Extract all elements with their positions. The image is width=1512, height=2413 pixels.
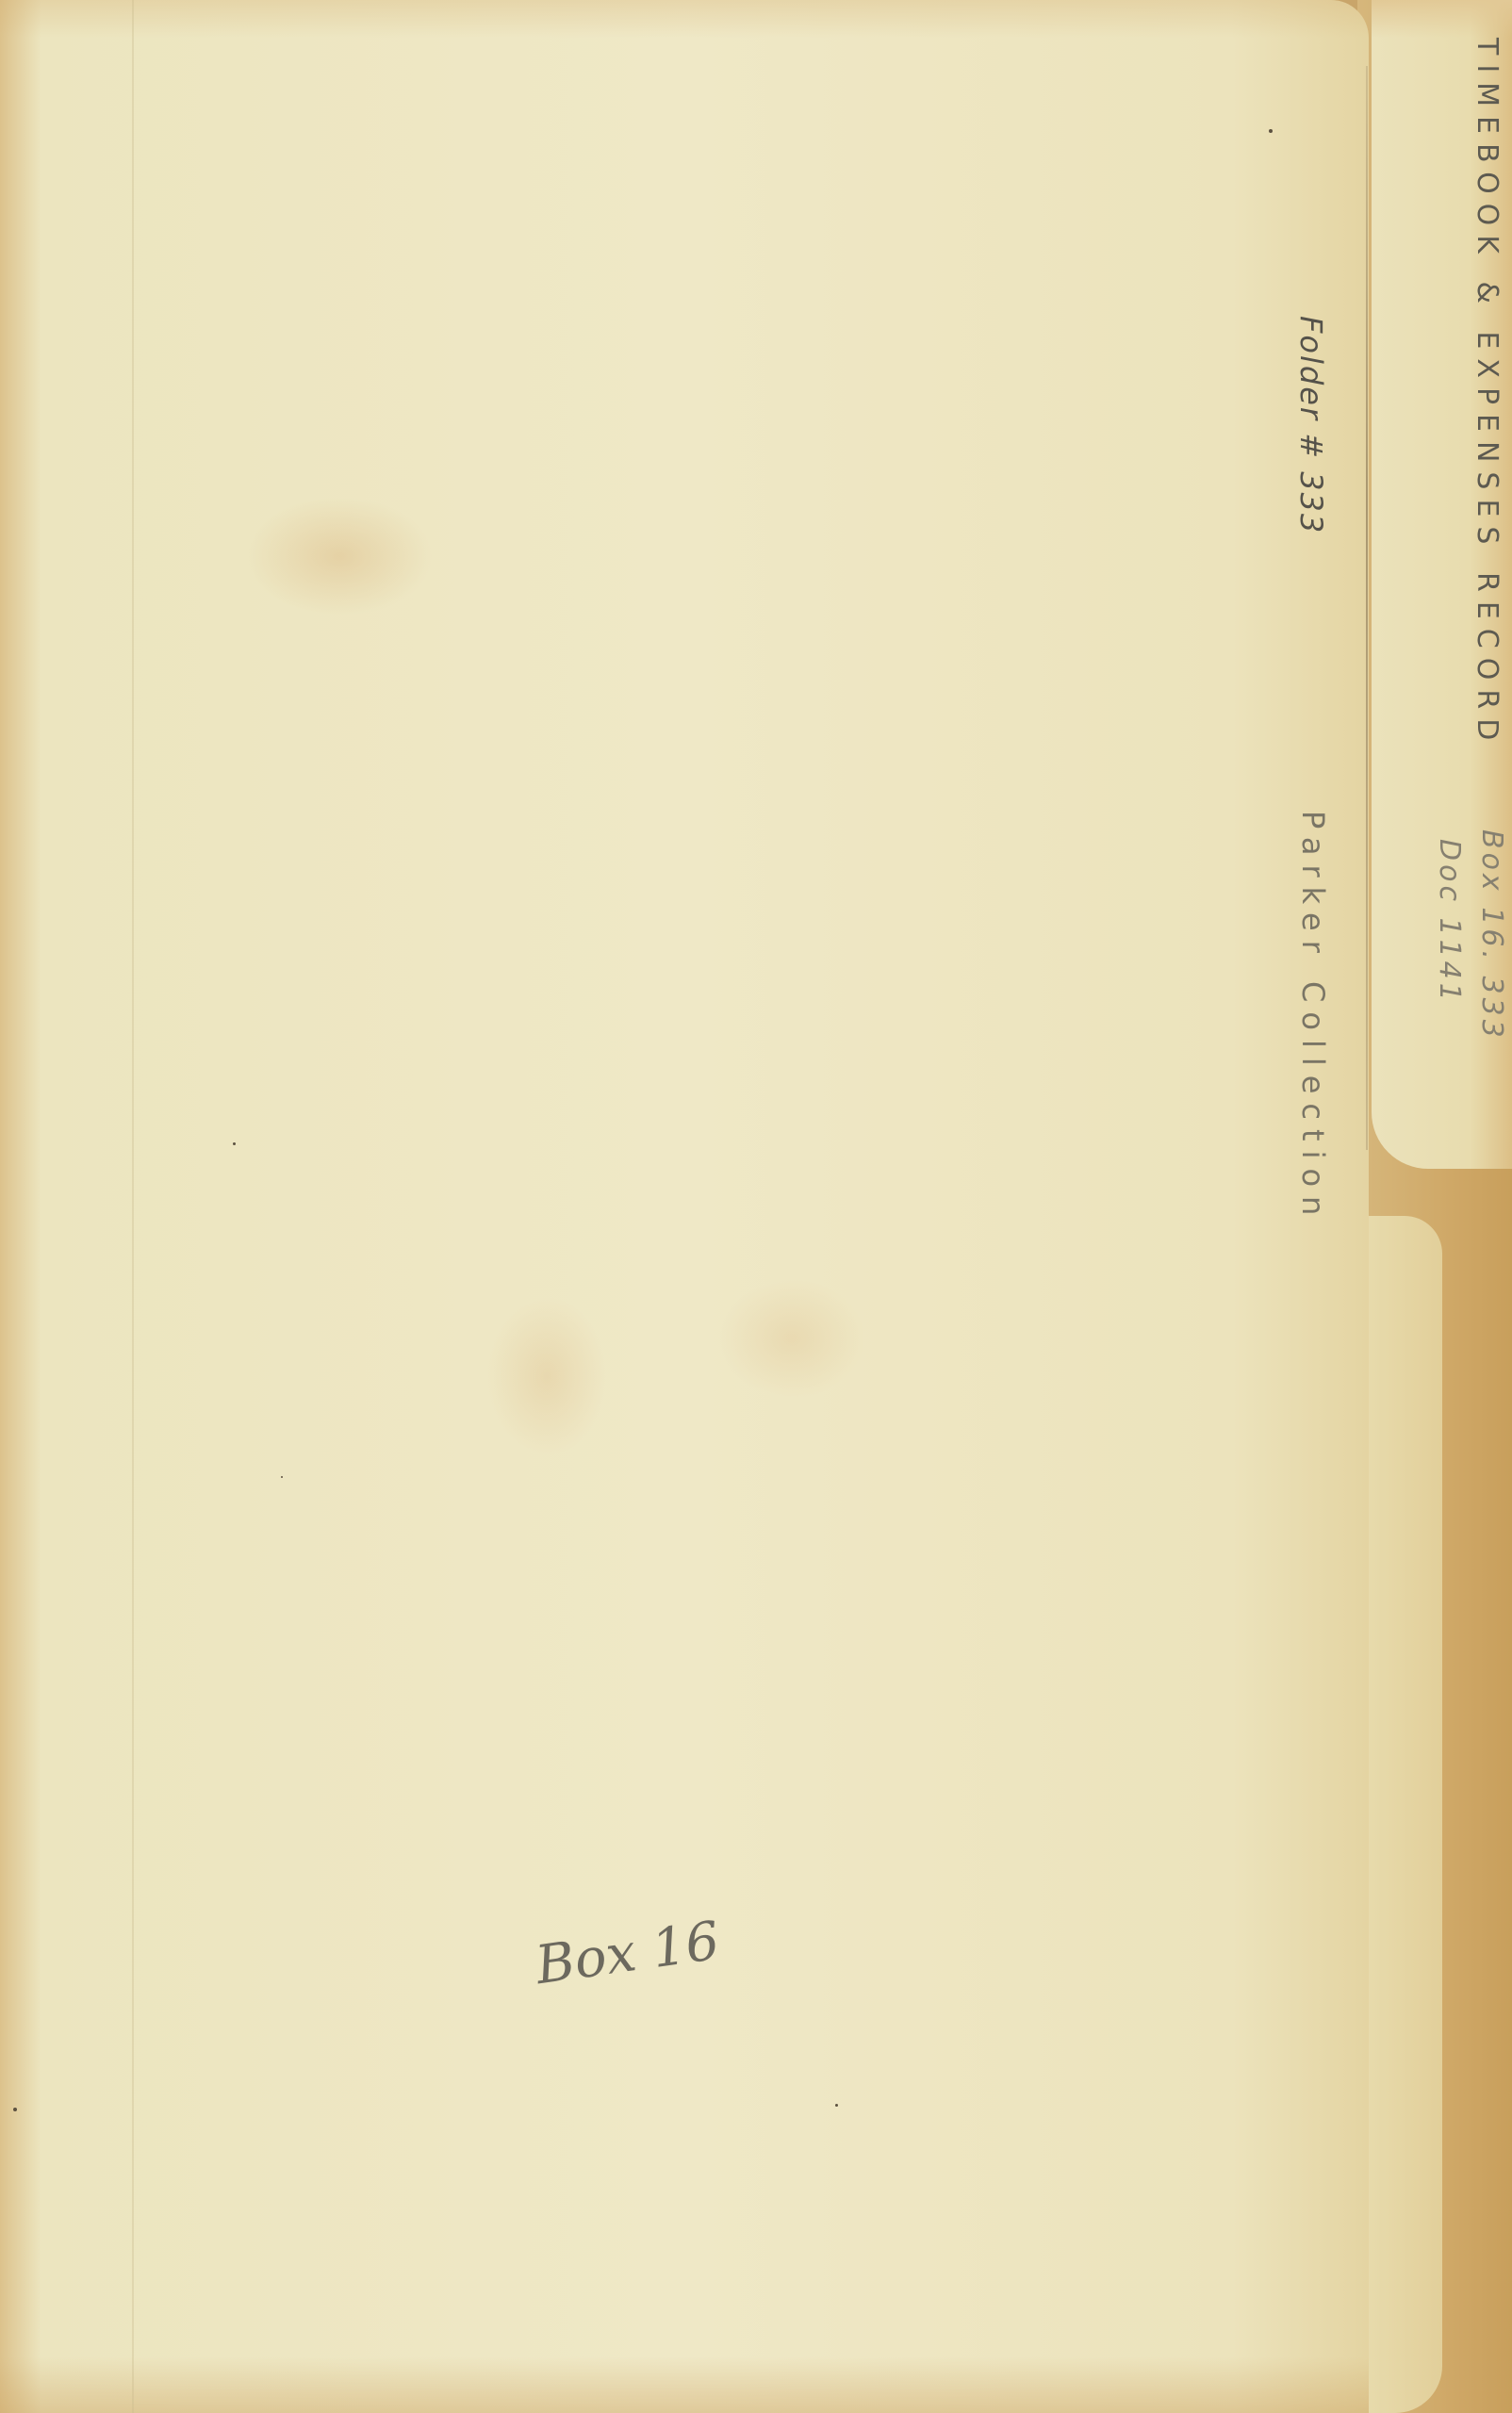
folder-number-label: Folder # 333 xyxy=(1293,316,1329,534)
folder-front-panel xyxy=(0,0,1369,2413)
paper-crease xyxy=(132,0,134,2413)
collection-label: Parker Collection xyxy=(1295,811,1331,1224)
speck xyxy=(1269,129,1273,133)
tab-fold-line xyxy=(1366,66,1368,1150)
speck xyxy=(835,2104,838,2107)
folder-front-edge xyxy=(1357,1216,1442,2413)
speck xyxy=(281,1476,283,1478)
speck xyxy=(13,2108,17,2111)
speck xyxy=(233,1142,236,1145)
tab-title-label: TIMEBOOK & EXPENSES RECORD xyxy=(1471,38,1504,749)
tab-doc-reference: Doc 1141 xyxy=(1433,839,1466,1005)
tab-box-reference: Box 16. 333 xyxy=(1475,829,1508,1042)
